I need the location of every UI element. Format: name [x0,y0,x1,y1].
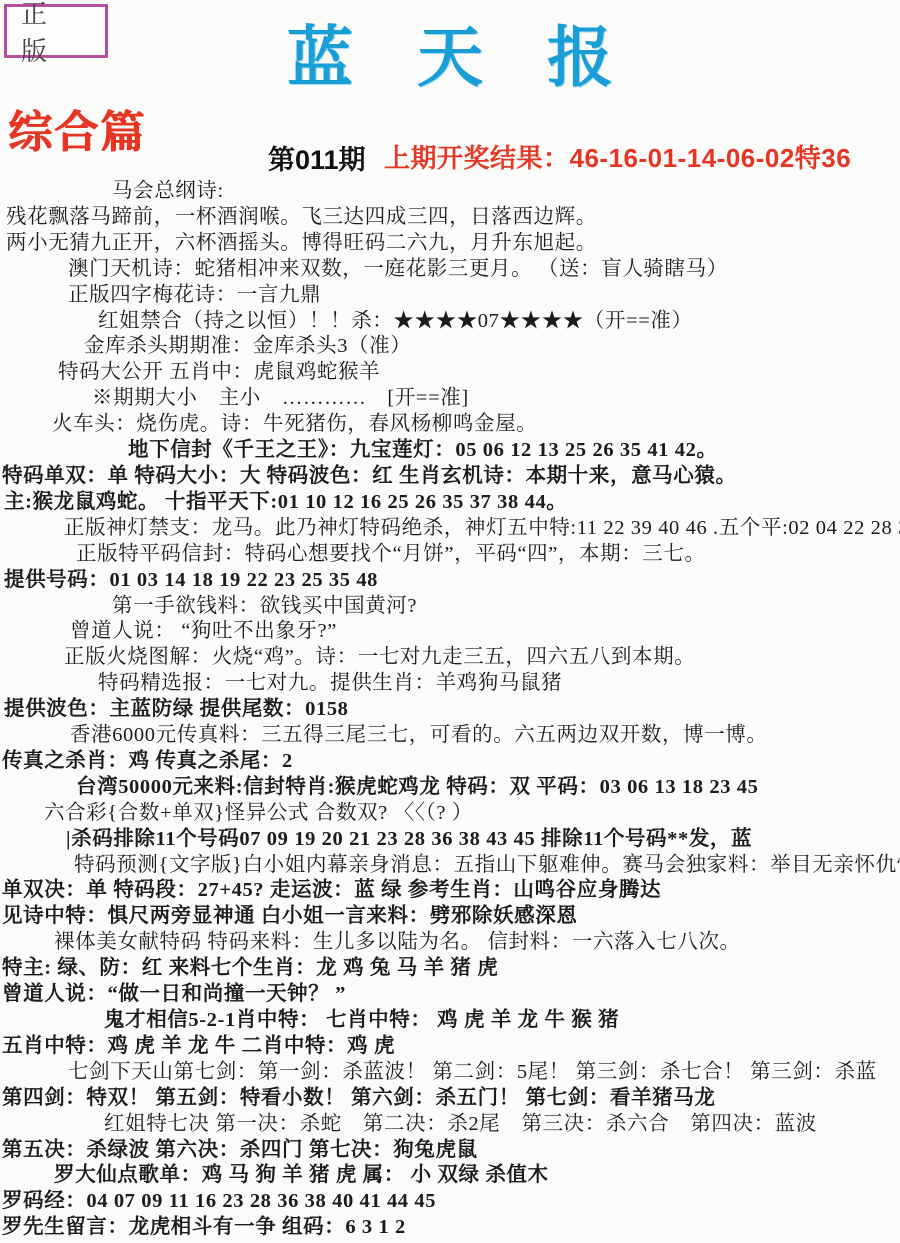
text-line: 罗大仙点歌单：鸡 马 狗 羊 猪 虎 属： 小 双绿 杀值木 [0,1163,896,1189]
text-line: 主:猴龙鼠鸡蛇。 十指平天下:01 10 12 16 25 26 35 37 3… [0,490,896,516]
last-draw-result: 上期开奖结果：46-16-01-14-06-02特36 [384,138,851,175]
text-line: 两小无猜九正开，六杯酒摇头。博得旺码二六九，月升东旭起。 [0,231,896,257]
text-line: 见诗中特：惧尺两旁显神通 白小姐一言来料：劈邪除妖感深恩 [0,904,896,930]
text-line: 罗先生留言：龙虎相斗有一争 组码：6 3 1 2 [0,1215,896,1241]
text-line: 单双决：单 特码段：27+45? 走运波：蓝 绿 参考生肖：山鸣谷应身腾达 [0,878,896,904]
text-line: 第一手欲钱料：欲钱买中国黄河? [0,594,896,620]
text-line: 金库杀头期期准：金库杀头3（准） [0,334,896,360]
text-line: 传真之杀肖：鸡 传真之杀尾：2 [0,749,896,775]
text-line: 第四剑：特双！ 第五剑：特看小数！ 第六剑：杀五门！ 第七剑：看羊猪马龙 [0,1086,896,1112]
text-line: 曾道人说： “狗吐不出象牙?” [0,619,896,645]
text-line: 特码精选报：一七对九。提供生肖：羊鸡狗马鼠猪 [0,671,896,697]
text-line: ※期期大小 主小 ………… [开==准] [0,386,896,412]
newspaper-title: 蓝天报 [0,18,900,96]
text-line: 火车头：烧伤虎。诗：牛死猪伤，春风杨柳鸣金屋。 [0,412,896,438]
text-line: 地下信封《千王之王》：九宝莲灯：05 06 12 13 25 26 35 41 … [0,438,896,464]
text-line: 特码单双：单 特码大小：大 特码波色：红 生肖玄机诗：本期十来，意马心猿。 [0,464,896,490]
text-line: 六合彩{合数+单双}怪异公式 合数双? 〈〈（? ） [0,801,896,827]
newspaper-page: { "stamp": { "label": "正 版" }, "masthead… [0,0,900,1243]
text-line: 鬼才相信5-2-1肖中特： 七肖中特： 鸡 虎 羊 龙 牛 猴 猪 [0,1008,896,1034]
issue-number: 第011期 [268,138,366,177]
text-line: 正版火烧图解：火烧“鸡”。诗：一七对九走三五，四六五八到本期。 [0,645,896,671]
text-line: 罗码经：04 07 09 11 16 23 28 36 38 40 41 44 … [0,1189,896,1215]
text-line: 正版四字梅花诗：一言九鼎 [0,283,896,309]
text-line: 澳门天机诗：蛇猪相冲来双数，一庭花影三更月。 （送：盲人骑瞎马） [0,257,896,283]
text-line: 提供波色：主蓝防绿 提供尾数：0158 [0,697,896,723]
text-line: 香港6000元传真料：三五得三尾三七，可看的。六五两边双开数，博一博。 [0,723,896,749]
text-line: 正版特平码信封：特码心想要找个“月饼”，平码“四”，本期：三七。 [0,542,896,568]
text-line: 特码预测{文字版}白小姐内幕亲身消息：五指山下躯难伸。赛马会独家料：举目无亲怀仇… [0,853,896,879]
text-line: 五肖中特：鸡 虎 羊 龙 牛 二肖中特：鸡 虎 [0,1034,896,1060]
text-line: 裸体美女献特码 特码来料：生儿多以陆为名。 信封料：一六落入七八次。 [0,930,896,956]
text-line: 残花飘落马蹄前，一杯酒润喉。飞三达四成三四，日落西边辉。 [0,205,896,231]
text-line: 正版神灯禁支：龙马。此乃神灯特码绝杀，神灯五中特:11 22 39 40 46 … [0,516,896,542]
document-body: 马会总纲诗:残花飘落马蹄前，一杯酒润喉。飞三达四成三四，日落西边辉。两小无猜九正… [0,179,896,1241]
text-line: 提供号码：01 03 14 18 19 22 23 25 35 48 [0,568,896,594]
section-title: 综合篇 [8,96,146,160]
text-line: |杀码排除11个号码07 09 19 20 21 23 28 36 38 43 … [0,827,896,853]
text-line: 特码大公开 五肖中：虎鼠鸡蛇猴羊 [0,360,896,386]
text-line: 红姐禁合（持之以恒）！！杀：★★★★07★★★★（开==准） [0,309,896,335]
text-line: 马会总纲诗: [0,179,896,205]
text-line: 红姐特七决 第一决：杀蛇 第二决：杀2尾 第三决：杀六合 第四决：蓝波 [0,1112,896,1138]
text-line: 七剑下天山第七剑：第一剑：杀蓝波！ 第二剑：5尾！ 第三剑：杀七合！ 第三剑：杀… [0,1060,896,1086]
text-line: 台湾50000元来料:信封特肖:猴虎蛇鸡龙 特码：双 平码：03 06 13 1… [0,775,896,801]
text-line: 第五决：杀绿波 第六决：杀四门 第七决：狗兔虎鼠 [0,1138,896,1164]
text-line: 曾道人说：“做一日和尚撞一天钟？ ” [0,982,896,1008]
text-line: 特主: 绿、防：红 来料七个生肖：龙 鸡 兔 马 羊 猪 虎 [0,956,896,982]
